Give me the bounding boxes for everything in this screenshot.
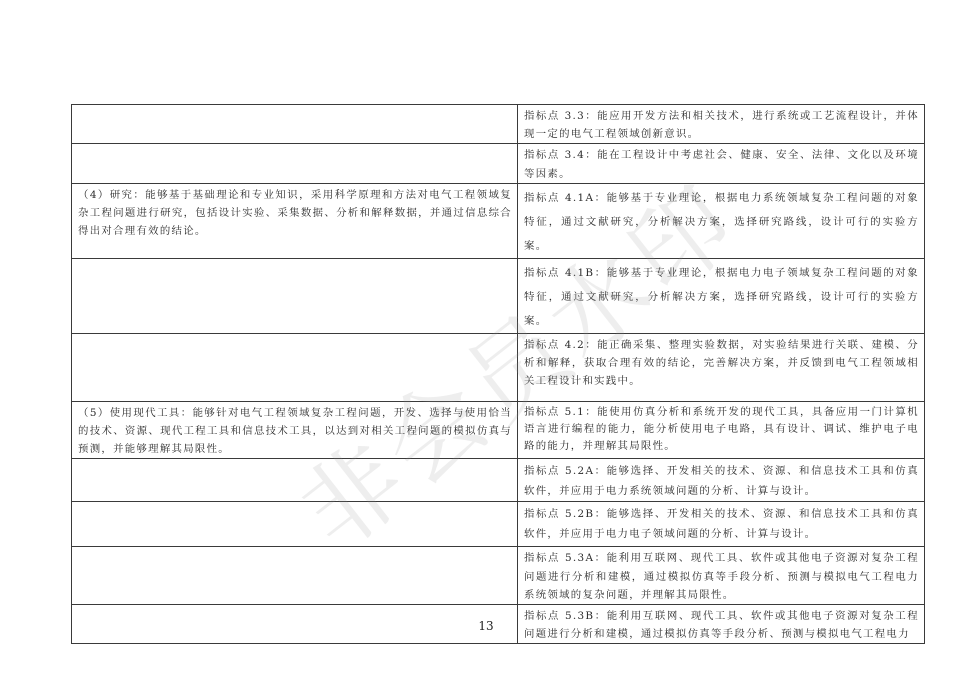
indicator-cell: 指标点 5.1：能使用仿真分析和系统开发的现代工具，具备应用一门计算机语言进行编…: [518, 401, 925, 459]
table-row: 指标点 4.1B：能够基于专业理论，根据电力电子领域复杂工程问题的对象特征，通过…: [72, 258, 925, 333]
page-number: 13: [0, 619, 972, 633]
requirement-cell: [72, 502, 518, 547]
indicator-cell: 指标点 4.1B：能够基于专业理论，根据电力电子领域复杂工程问题的对象特征，通过…: [518, 258, 925, 333]
requirement-cell: [72, 258, 518, 333]
table-row: （5）使用现代工具：能够针对电气工程领域复杂工程问题，开发、选择与使用恰当的技术…: [72, 401, 925, 459]
requirement-cell: [72, 547, 518, 605]
table-row: 指标点 3.4：能在工程设计中考虑社会、健康、安全、法律、文化以及环境等因素。: [72, 144, 925, 183]
requirement-cell: [72, 459, 518, 502]
requirement-cell: [72, 144, 518, 183]
indicator-cell: 指标点 5.2A：能够选择、开发相关的技术、资源、和信息技术工具和仿真软件，并应…: [518, 459, 925, 502]
requirement-cell: [72, 105, 518, 144]
requirement-cell: （5）使用现代工具：能够针对电气工程领域复杂工程问题，开发、选择与使用恰当的技术…: [72, 401, 518, 459]
requirement-cell: [72, 333, 518, 401]
table-row: 指标点 5.2A：能够选择、开发相关的技术、资源、和信息技术工具和仿真软件，并应…: [72, 459, 925, 502]
table-row: （4）研究：能够基于基础理论和专业知识，采用科学原理和方法对电气工程领域复杂工程…: [72, 183, 925, 258]
table-row: 指标点 4.2：能正确采集、整理实验数据，对实验结果进行关联、建模、分析和解释，…: [72, 333, 925, 401]
requirement-cell: （4）研究：能够基于基础理论和专业知识，采用科学原理和方法对电气工程领域复杂工程…: [72, 183, 518, 258]
table-row: 指标点 5.3A：能利用互联网、现代工具、软件或其他电子资源对复杂工程问题进行分…: [72, 547, 925, 605]
indicator-cell: 指标点 5.2B：能够选择、开发相关的技术、资源、和信息技术工具和仿真软件，并应…: [518, 502, 925, 547]
indicator-cell: 指标点 5.3A：能利用互联网、现代工具、软件或其他电子资源对复杂工程问题进行分…: [518, 547, 925, 605]
graduation-requirements-table: 指标点 3.3：能应用开发方法和相关技术，进行系统或工艺流程设计，并体现一定的电…: [71, 104, 925, 644]
indicator-cell: 指标点 4.1A：能够基于专业理论，根据电力系统领域复杂工程问题的对象特征，通过…: [518, 183, 925, 258]
table-row: 指标点 5.2B：能够选择、开发相关的技术、资源、和信息技术工具和仿真软件，并应…: [72, 502, 925, 547]
table-row: 指标点 3.3：能应用开发方法和相关技术，进行系统或工艺流程设计，并体现一定的电…: [72, 105, 925, 144]
indicator-cell: 指标点 4.2：能正确采集、整理实验数据，对实验结果进行关联、建模、分析和解释，…: [518, 333, 925, 401]
document-page: 指标点 3.3：能应用开发方法和相关技术，进行系统或工艺流程设计，并体现一定的电…: [0, 0, 972, 687]
indicator-cell: 指标点 3.4：能在工程设计中考虑社会、健康、安全、法律、文化以及环境等因素。: [518, 144, 925, 183]
indicator-cell: 指标点 3.3：能应用开发方法和相关技术，进行系统或工艺流程设计，并体现一定的电…: [518, 105, 925, 144]
